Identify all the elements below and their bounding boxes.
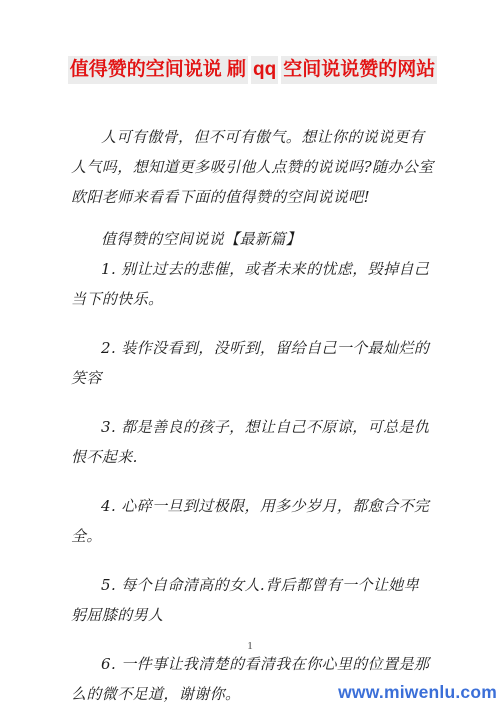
paragraph-item-3: 3. 都是善良的孩子，想让自己不原谅，可总是仇恨不起来. xyxy=(71,412,434,472)
paragraph-item-5: 5. 每个自命清高的女人.背后都曾有一个让她卑躬屈膝的男人 xyxy=(71,570,434,630)
paragraph-item-1: 1. 别让过去的悲催，或者未来的忧虑，毁掉自己当下的快乐。 xyxy=(71,254,434,314)
watermark-link[interactable]: www.miwenlu.com xyxy=(338,682,497,703)
title-segment: 值得赞的空间说说 刷 xyxy=(68,56,248,84)
paragraph-intro: 人可有傲骨，但不可有傲气。想让你的说说更有人气吗，想知道更多吸引他人点赞的说说吗… xyxy=(71,122,434,212)
paragraph-item-4: 4. 心碎一旦到过极限，用多少岁月，都愈合不完全。 xyxy=(71,491,434,551)
document-page: 值得赞的空间说说 刷qq空间说说赞的网站 人可有傲骨，但不可有傲气。想让你的说说… xyxy=(0,0,500,708)
page-number: 1 xyxy=(0,640,500,652)
paragraph-item-2: 2. 装作没看到，没听到，留给自己一个最灿烂的笑容 xyxy=(71,333,434,393)
document-title: 值得赞的空间说说 刷qq空间说说赞的网站 xyxy=(51,56,454,84)
title-segment: 空间说说赞的网站 xyxy=(281,56,437,84)
paragraph-section-head: 值得赞的空间说说【最新篇】 xyxy=(71,224,434,254)
title-segment: qq xyxy=(251,56,278,84)
document-body: 人可有傲骨，但不可有傲气。想让你的说说更有人气吗，想知道更多吸引他人点赞的说说吗… xyxy=(71,122,434,708)
